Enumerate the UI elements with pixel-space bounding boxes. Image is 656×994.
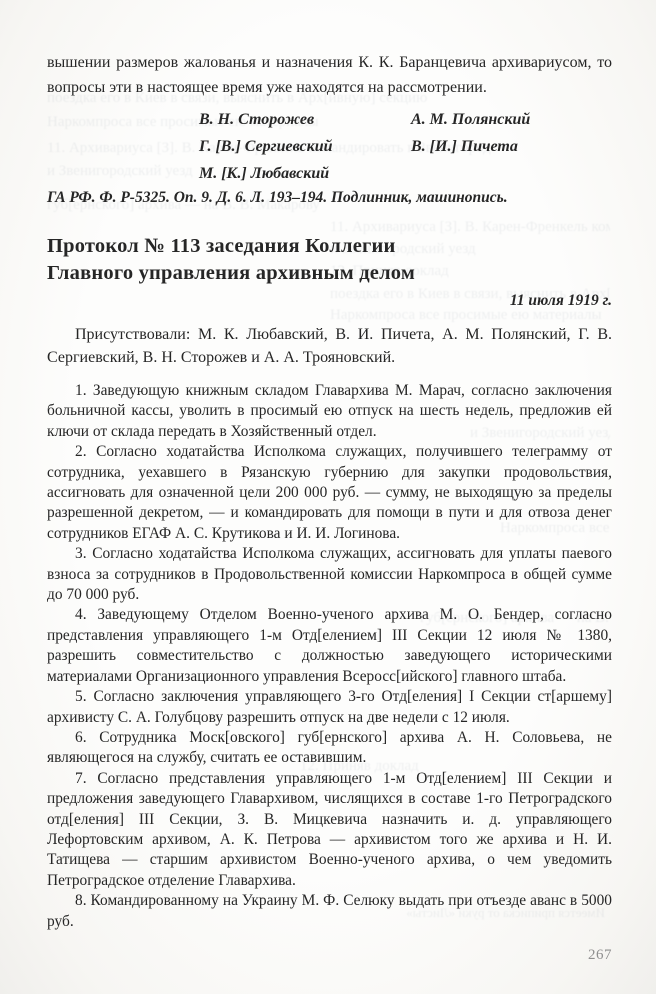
- signature-name: М. [К.] Любавский: [199, 163, 411, 184]
- protocol-title-line-1: Протокол № 113 заседания Коллегии: [47, 233, 612, 260]
- signature-name: В. Н. Сторожев: [199, 109, 411, 130]
- signature-column-left: В. Н. Сторожев Г. [В.] Сергиевский М. [К…: [199, 109, 411, 184]
- signature-name: Г. [В.] Сергиевский: [199, 136, 411, 157]
- protocol-date: 11 июля 1919 г.: [47, 291, 612, 311]
- protocol-item-7: 7. Согласно представления управляющего 1…: [47, 769, 612, 891]
- archival-reference: ГА РФ. Ф. Р-5325. Оп. 9. Д. 6. Л. 193–19…: [47, 187, 612, 208]
- protocol-item-8: 8. Командированному на Украину М. Ф. Сел…: [47, 891, 612, 932]
- book-page-scan: поездка его в Киев в связи, выяснить в А…: [0, 0, 656, 994]
- protocol-item-1: 1. Заведующую книжным складом Главархива…: [47, 381, 612, 442]
- attendees-paragraph: Присутствовали: М. К. Любавский, В. И. П…: [47, 323, 612, 369]
- intro-paragraph: вышении размеров жалованья и назначения …: [47, 0, 612, 100]
- protocol-title-line-2: Главного управления архивным делом: [47, 260, 612, 287]
- protocol-item-3: 3. Согласно ходатайства Исполкома служащ…: [47, 544, 612, 605]
- protocol-item-4: 4. Заведующему Отделом Военно-ученого ар…: [47, 605, 612, 687]
- signature-column-right: А. М. Полянский В. [И.] Пичета: [411, 109, 612, 184]
- page-number: 267: [588, 947, 612, 964]
- signature-name: А. М. Полянский: [411, 109, 612, 130]
- protocol-item-5: 5. Согласно заключения управляющего 3-го…: [47, 687, 612, 728]
- signature-name: В. [И.] Пичета: [411, 136, 612, 157]
- protocol-item-2: 2. Согласно ходатайства Исполкома служащ…: [47, 442, 612, 544]
- page-content: вышении размеров жалованья и назначения …: [0, 0, 656, 932]
- protocol-item-6: 6. Сотрудника Моск[овского] губ[ернского…: [47, 728, 612, 769]
- protocol-title: Протокол № 113 заседания Коллегии Главно…: [47, 233, 612, 287]
- signature-block: В. Н. Сторожев Г. [В.] Сергиевский М. [К…: [199, 109, 612, 184]
- protocol-items: 1. Заведующую книжным складом Главархива…: [47, 381, 612, 932]
